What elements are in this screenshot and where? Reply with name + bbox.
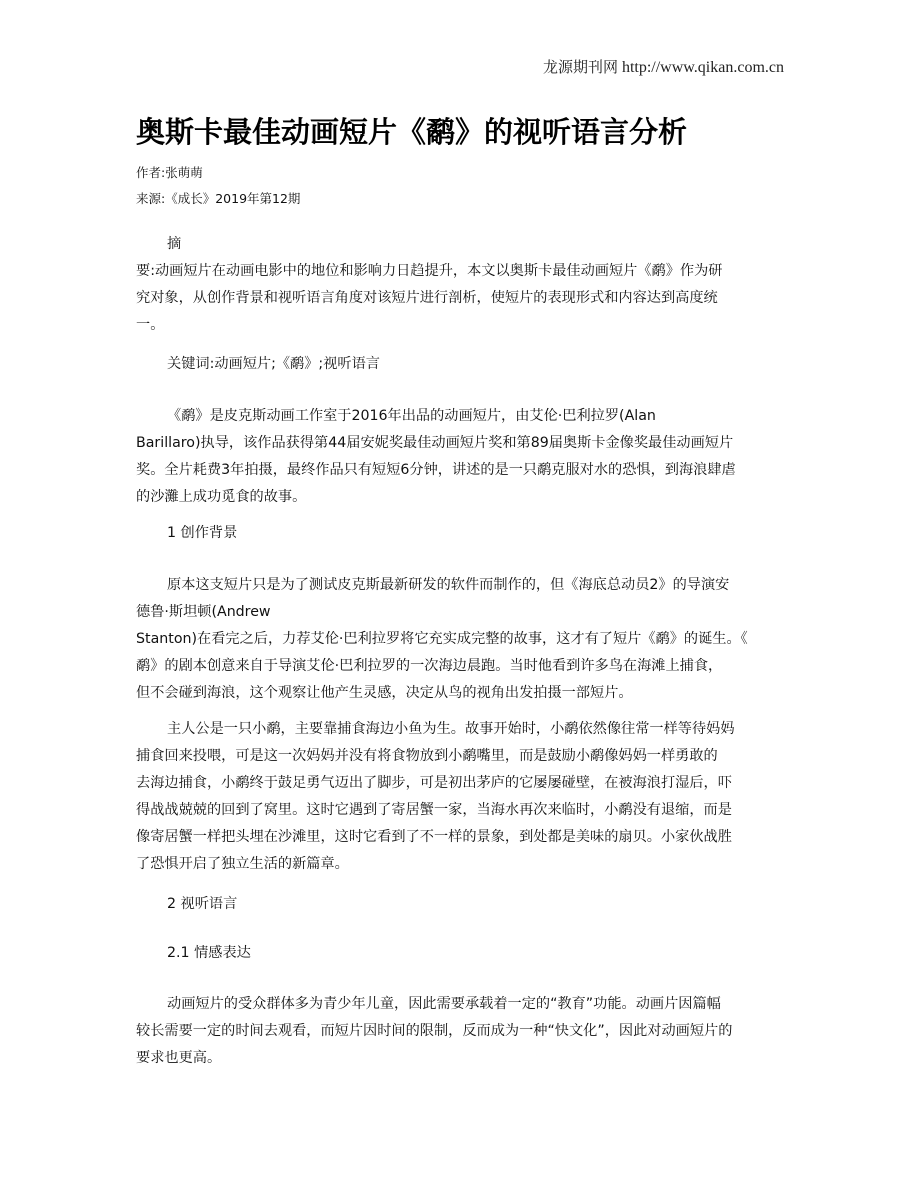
author-line: 作者:张萌萌	[136, 163, 203, 181]
paragraph-line: 得战战兢兢的回到了窝里。这时它遇到了寄居蟹一家，当海水再次来临时，小鹬没有退缩，…	[136, 797, 786, 824]
paragraph-line: 奖。全片耗费3年拍摄，最终作品只有短短6分钟，讲述的是一只鹬克服对水的恐惧，到海…	[136, 457, 786, 484]
article-title: 奥斯卡最佳动画短片《鹬》的视听语言分析	[136, 110, 687, 151]
abstract-line: 要:动画短片在动画电影中的地位和影响力日趋提升，本文以奥斯卡最佳动画短片《鹬》作…	[136, 258, 786, 285]
author-name: 张萌萌	[165, 165, 203, 180]
intro-paragraph: 《鹬》是皮克斯动画工作室于2016年出品的动画短片，由艾伦·巴利拉罗(Alan …	[136, 403, 786, 511]
paragraph-line: 捕食回来投喂，可是这一次妈妈并没有将食物放到小鹬嘴里，而是鼓励小鹬像妈妈一样勇敢…	[136, 743, 786, 770]
site-url-link[interactable]: http://www.qikan.com.cn	[622, 59, 784, 76]
paragraph-line: 鹬》的剧本创意来自于导演艾伦·巴利拉罗的一次海边晨跑。当时他看到许多鸟在海滩上捕…	[136, 653, 786, 680]
keywords-line: 关键词:动画短片;《鹬》;视听语言	[167, 353, 380, 373]
keywords-value: 动画短片;《鹬》;视听语言	[214, 356, 380, 372]
paragraph-line: 像寄居蟹一样把头埋在沙滩里，这时它看到了不一样的景象，到处都是美味的扇贝。小家伙…	[136, 824, 786, 851]
paragraph-line: 原本这支短片只是为了测试皮克斯最新研发的软件而制作的，但《海底总动员2》的导演安	[136, 572, 786, 599]
paragraph-line: 去海边捕食，小鹬终于鼓足勇气迈出了脚步，可是初出茅庐的它屡屡碰壁，在被海浪打湿后…	[136, 770, 786, 797]
abstract-line: 究对象，从创作背景和视听语言角度对该短片进行剖析，使短片的表现形式和内容达到高度…	[136, 285, 786, 312]
source-value: 《成长》2019年第12期	[165, 191, 300, 206]
paragraph-line: 德鲁·斯坦顿(Andrew	[136, 599, 786, 626]
section-heading-2: 2 视听语言	[167, 893, 237, 913]
paragraph-line: 但不会碰到海浪，这个观察让他产生灵感，决定从鸟的视角出发拍摄一部短片。	[136, 680, 786, 707]
paragraph-line: 了恐惧开启了独立生活的新篇章。	[136, 851, 786, 878]
abstract-heading: 摘	[167, 233, 181, 253]
paragraph-line: 主人公是一只小鹬，主要靠捕食海边小鱼为生。故事开始时，小鹬依然像往常一样等待妈妈	[136, 716, 786, 743]
section-heading-2-1: 2.1 情感表达	[167, 942, 251, 962]
paragraph-line: 较长需要一定的时间去观看，而短片因时间的限制，反而成为一种“快文化”，因此对动画…	[136, 1018, 786, 1045]
site-name: 龙源期刊网	[543, 58, 618, 76]
paragraph-line: Barillaro)执导，该作品获得第44届安妮奖最佳动画短片奖和第89届奥斯卡…	[136, 430, 786, 457]
abstract-body: 要:动画短片在动画电影中的地位和影响力日趋提升，本文以奥斯卡最佳动画短片《鹬》作…	[136, 258, 786, 339]
paragraph-line: 的沙灘上成功觅食的故事。	[136, 484, 786, 511]
story-paragraph: 主人公是一只小鹬，主要靠捕食海边小鱼为生。故事开始时，小鹬依然像往常一样等待妈妈…	[136, 716, 786, 878]
paragraph-line: 动画短片的受众群体多为青少年儿童，因此需要承载着一定的“教育”功能。动画片因篇幅	[136, 991, 786, 1018]
source-line: 来源:《成长》2019年第12期	[136, 189, 300, 207]
keywords-label: 关键词:	[167, 356, 214, 372]
paragraph-line: 要求也更高。	[136, 1045, 786, 1072]
source-label: 来源:	[136, 191, 165, 206]
paragraph-line: 《鹬》是皮克斯动画工作室于2016年出品的动画短片，由艾伦·巴利拉罗(Alan	[136, 403, 786, 430]
section-heading-1: 1 创作背景	[167, 522, 237, 542]
author-label: 作者:	[136, 165, 165, 180]
paragraph-line: Stanton)在看完之后，力荐艾伦·巴利拉罗将它充实成完整的故事，这才有了短片…	[136, 626, 786, 653]
abstract-line: 一。	[136, 312, 786, 339]
background-paragraph: 原本这支短片只是为了测试皮克斯最新研发的软件而制作的，但《海底总动员2》的导演安…	[136, 572, 786, 707]
emotion-paragraph: 动画短片的受众群体多为青少年儿童，因此需要承载着一定的“教育”功能。动画片因篇幅…	[136, 991, 786, 1072]
site-header: 龙源期刊网http://www.qikan.com.cn	[543, 56, 784, 77]
